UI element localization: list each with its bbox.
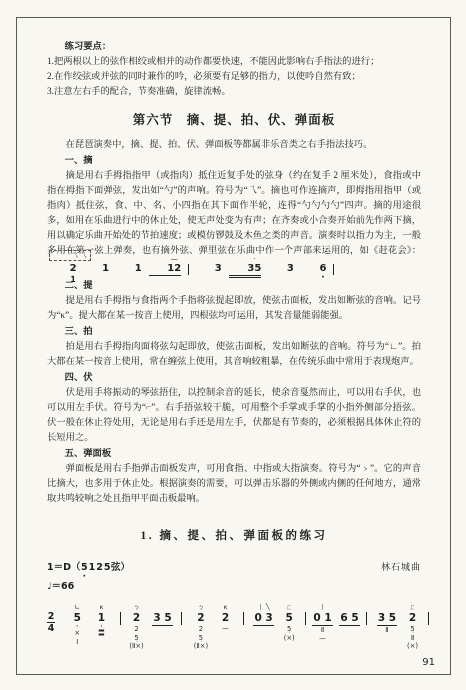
note-annotations: 25̣(Ⅱ×) xyxy=(194,625,208,651)
note-annotation: Ⅰ xyxy=(76,638,78,647)
note-annotation: 2 xyxy=(134,625,138,634)
tuning-note: 5· xyxy=(81,562,88,573)
inline-note: 3 xyxy=(268,263,294,275)
note-annotations: 5̣(×) xyxy=(284,625,295,642)
fingering-symbol: ㄅ xyxy=(198,602,205,612)
fu-paragraph: 伏是用手将振动的琴弦捂住，以控制余音的延长，使余音戛然而止，可以用右手伏，也可以… xyxy=(47,386,421,446)
intro-paragraph: 在琵琶演奏中，摘、提、拍、伏、弹面板等都属非乐音类之右手指法技巧。 xyxy=(47,138,421,153)
score-measure: ㄅ225̣(Ⅱ×)κ2— xyxy=(182,602,243,651)
tan-paragraph: 弹面板是用右手指弹击面板发声，可用食指、中指或大指演奏。符号为“﹥”。它的声音比… xyxy=(47,462,421,507)
fingering-symbol: ㄈ xyxy=(409,602,416,612)
score-note: ㄅ225̣(Ⅱ×) xyxy=(194,602,208,651)
score-measure: 3 5Ⅱㄈ25̣Ⅱ(×) xyxy=(367,602,428,651)
heading-fu: 四、伏 xyxy=(65,370,421,386)
barline xyxy=(428,612,429,625)
time-signature-bottom: 4 xyxy=(48,624,55,633)
score-note: 6 5 xyxy=(339,602,359,626)
note-annotations: 5̣Ⅱ(×) xyxy=(407,625,418,651)
note-annotation: 5̣ xyxy=(287,625,291,634)
note-annotation: 〓 xyxy=(98,629,105,638)
score-measure: ㄅ225̣(Ⅱ×) 3 5 xyxy=(121,602,182,651)
score-note: ㄅ225̣(Ⅱ×) xyxy=(129,602,143,651)
note-annotations: ×Ⅰ xyxy=(74,629,80,646)
note-annotation: (Ⅱ×) xyxy=(129,642,143,651)
note-annotation: Ⅱ xyxy=(321,626,324,635)
note-annotation: — xyxy=(319,635,326,644)
score-note: 3 5 xyxy=(152,602,172,626)
note-annotation: × xyxy=(74,629,80,638)
note-number: 0 3 xyxy=(253,612,273,626)
inline-note-mark: · xyxy=(235,256,256,263)
note-number: 2 xyxy=(132,612,141,625)
note-annotation: 5̣ xyxy=(410,625,414,634)
fingering-symbol: κ xyxy=(100,602,104,612)
note-annotation: Ⅱ xyxy=(385,626,388,635)
score-key-signature: 1＝D（5·125弦） xyxy=(47,560,130,575)
page-number: 91 xyxy=(422,657,435,668)
inline-note: 21· xyxy=(51,263,77,275)
heading-ti: 二、提 xyxy=(65,278,421,294)
note-annotations: 25̣(Ⅱ×) xyxy=(129,625,143,651)
practice-point-1: 1.把两根以上的弦作相绞或相并的动作都要快速，不能因此影响右手指法的进行； xyxy=(47,55,421,70)
practice-point-2: 2.在作绞弦或并弦的同时兼作的吟，必须要有足够的指力，以使吟自然有致； xyxy=(47,70,421,85)
key-suffix: 弦） xyxy=(111,562,130,573)
heading-zhai: 一、摘 xyxy=(65,153,421,169)
time-signature-top: 2 xyxy=(48,612,55,621)
inline-note: 3 xyxy=(196,263,222,275)
page-content: 练习要点： 1.把两根以上的弦作相绞或相并的动作都要快速，不能因此影响右手指法的… xyxy=(47,40,421,651)
note-number: 3 5 xyxy=(152,612,172,626)
ti-paragraph: 提是用右手拇指与食指两个手指将弦提起即放，使弦击面板，发出如断弦的音响。记号为“… xyxy=(47,294,421,324)
tuning-note: 5 xyxy=(104,562,111,573)
tempo-marking: ♩＝66 xyxy=(47,579,421,594)
note-number: 3 5 xyxy=(377,612,397,626)
heading-tan: 五、弹面板 xyxy=(65,446,421,462)
book-page: 练习要点： 1.把两根以上的弦作相绞或相并的动作都要快速，不能因此影响右手指法的… xyxy=(0,0,466,690)
note-annotation: (×) xyxy=(407,642,418,651)
inline-barline xyxy=(333,264,334,275)
score-measure: ∟5·×Ⅰκ1·〓 xyxy=(59,602,120,646)
inline-note-mark: — xyxy=(152,256,178,263)
note-annotations: Ⅱ xyxy=(385,626,388,635)
low-octave-dot: · xyxy=(83,570,86,585)
exercise-title: 1. 摘、提、拍、弹面板的练习 xyxy=(47,529,421,544)
inline-score-example: 乁 乁21·1112—335·36· xyxy=(51,263,334,278)
inline-note: 1 xyxy=(116,263,142,275)
fingering-symbol: ㄈ xyxy=(286,602,293,612)
note-annotation: 5̣ xyxy=(199,634,203,643)
tuning-note: 2 xyxy=(96,562,103,573)
fingering-symbol: 丨 ╲ xyxy=(257,602,269,612)
composer-credit: 林石城曲 xyxy=(381,560,421,575)
score-note: 3 5Ⅱ xyxy=(377,602,397,635)
time-signature: 24 xyxy=(47,612,55,633)
pai-paragraph: 拍是用右手拇指肉面将弦勾起即放，使弦击面板，发出如断弦的音响。符号为“∟”。拍大… xyxy=(47,340,421,370)
fingering-symbol: ∟ xyxy=(74,602,79,612)
inline-note: 6· xyxy=(301,263,327,275)
zhai-paragraph-text: 摘是用右手拇指指甲（或指肉）抵住近复手处的弦身（约在复手 2 厘米处），食指或中… xyxy=(47,171,421,256)
fingering-symbol: ㄅ xyxy=(133,602,140,612)
fingering-symbol: κ xyxy=(224,602,228,612)
practice-points-title: 练习要点： xyxy=(65,40,421,55)
note-annotations: — xyxy=(222,625,229,634)
fingering-symbol xyxy=(386,602,388,612)
note-number: 2 xyxy=(221,612,230,625)
fingering-symbol xyxy=(161,602,163,612)
note-annotations: Ⅱ— xyxy=(319,626,326,643)
tuning-note: 1 xyxy=(89,562,96,573)
score-note: ㄈ25̣Ⅱ(×) xyxy=(407,602,419,651)
zhai-paragraph: 摘是用右手拇指指甲（或指肉）抵住近复手处的弦身（约在复手 2 厘米处），食指或中… xyxy=(47,169,421,278)
note-number: 6 5 xyxy=(339,612,359,626)
low-octave-dot: · xyxy=(303,272,325,284)
score-note: ∟5·×Ⅰ xyxy=(71,602,83,646)
note-annotation: 2 xyxy=(199,625,203,634)
score-note: 丨0 1Ⅱ— xyxy=(312,602,332,643)
section-title: 第六节 摘、提、拍、伏、弹面板 xyxy=(47,111,421,129)
score-note: κ1·〓 xyxy=(95,602,107,638)
note-number: 2 xyxy=(408,612,417,625)
practice-point-3: 3.注意左右手的配合，节奏准确，旋律流畅。 xyxy=(47,85,421,100)
inline-boxed-group: 乁 乁21·1 xyxy=(51,263,109,275)
inline-note: 1 xyxy=(84,263,110,275)
low-octave-dot: · xyxy=(53,272,75,284)
key-prefix: 1＝D（ xyxy=(47,562,81,573)
score-note: κ2— xyxy=(220,602,232,634)
score-measure: 丨 ╲0 3ㄈ55̣(×) xyxy=(244,602,305,642)
zhai-symbol-box: 乁 乁 xyxy=(49,250,91,261)
note-annotation: 5̣ xyxy=(134,634,138,643)
note-annotation: Ⅱ xyxy=(411,634,414,643)
note-number: 5 xyxy=(285,612,294,625)
score-note: ㄈ55̣(×) xyxy=(283,602,295,642)
fingering-symbol: 丨 xyxy=(319,602,326,612)
heading-pai: 三、拍 xyxy=(65,324,421,340)
inline-note: 12— xyxy=(149,263,182,276)
note-annotation: — xyxy=(222,625,229,634)
fingering-symbol xyxy=(348,602,350,612)
note-annotations: 〓 xyxy=(98,629,105,638)
score-note: 丨 ╲0 3 xyxy=(253,602,273,626)
note-annotation: (Ⅱ×) xyxy=(194,642,208,651)
note-annotation: (×) xyxy=(284,634,295,643)
score-line: 24∟5·×Ⅰκ1·〓ㄅ225̣(Ⅱ×) 3 5ㄅ225̣(Ⅱ×)κ2—丨 ╲0… xyxy=(47,602,429,651)
score-measure: 丨0 1Ⅱ— 6 5 xyxy=(306,602,367,643)
score-header: 1＝D（5·125弦） 林石城曲 xyxy=(47,560,421,575)
note-number: 2 xyxy=(196,612,205,625)
note-number: 0 1 xyxy=(312,612,332,626)
tuning-notes: 5·125 xyxy=(81,562,112,573)
inline-barline xyxy=(188,264,189,275)
inline-note: 35· xyxy=(229,263,262,278)
